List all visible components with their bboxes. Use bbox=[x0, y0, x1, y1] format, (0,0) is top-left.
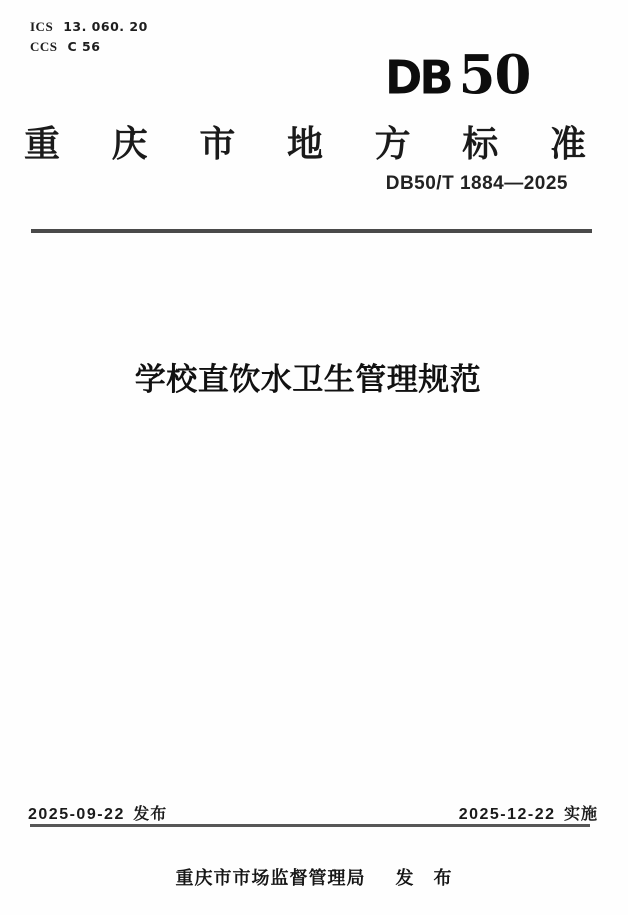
ics-row: ICS 13. 060. 20 bbox=[30, 17, 148, 37]
standard-cover-page: ICS 13. 060. 20 CCS C 56 DB 50 重 庆 市 地 方… bbox=[0, 0, 628, 915]
category-char: 标 bbox=[462, 116, 498, 167]
standard-category-title: 重 庆 市 地 方 标 准 bbox=[24, 116, 586, 167]
classification-codes: ICS 13. 060. 20 CCS C 56 bbox=[30, 17, 148, 57]
ccs-code: C 56 bbox=[68, 37, 101, 57]
publisher-name: 重庆市市场监督管理局 bbox=[176, 864, 366, 890]
implementation-date: 2025-12-22 bbox=[459, 806, 556, 823]
ccs-row: CCS C 56 bbox=[30, 37, 148, 57]
header-divider-rule bbox=[31, 229, 592, 233]
category-char: 重 bbox=[24, 116, 60, 167]
db50-logo-region-number: 50 bbox=[459, 44, 531, 106]
ics-code: 13. 060. 20 bbox=[63, 17, 148, 37]
category-char: 地 bbox=[287, 116, 323, 167]
db50-logo: DB 50 bbox=[385, 44, 550, 106]
publisher-row: 重庆市市场监督管理局 发 布 bbox=[0, 864, 628, 890]
ics-label: ICS bbox=[30, 17, 53, 37]
category-char: 市 bbox=[199, 116, 235, 167]
standard-number: DB50/T 1884—2025 bbox=[386, 173, 568, 195]
category-char: 准 bbox=[550, 116, 586, 167]
issue-date-block: 2025-09-22 发布 bbox=[28, 801, 167, 824]
issue-date: 2025-09-22 bbox=[28, 806, 125, 823]
ccs-label: CCS bbox=[30, 37, 58, 57]
category-char: 庆 bbox=[112, 116, 148, 167]
category-char: 方 bbox=[375, 116, 411, 167]
footer-divider-rule bbox=[30, 824, 590, 827]
issue-label: 发布 bbox=[133, 806, 167, 823]
db50-logo-db-text: DB bbox=[385, 50, 451, 104]
implementation-label: 实施 bbox=[564, 806, 598, 823]
publish-action-label: 发 布 bbox=[396, 864, 453, 890]
footer-dates-row: 2025-09-22 发布 2025-12-22 实施 bbox=[28, 801, 598, 824]
document-title: 学校直饮水卫生管理规范 bbox=[0, 354, 616, 399]
implementation-date-block: 2025-12-22 实施 bbox=[459, 801, 598, 824]
